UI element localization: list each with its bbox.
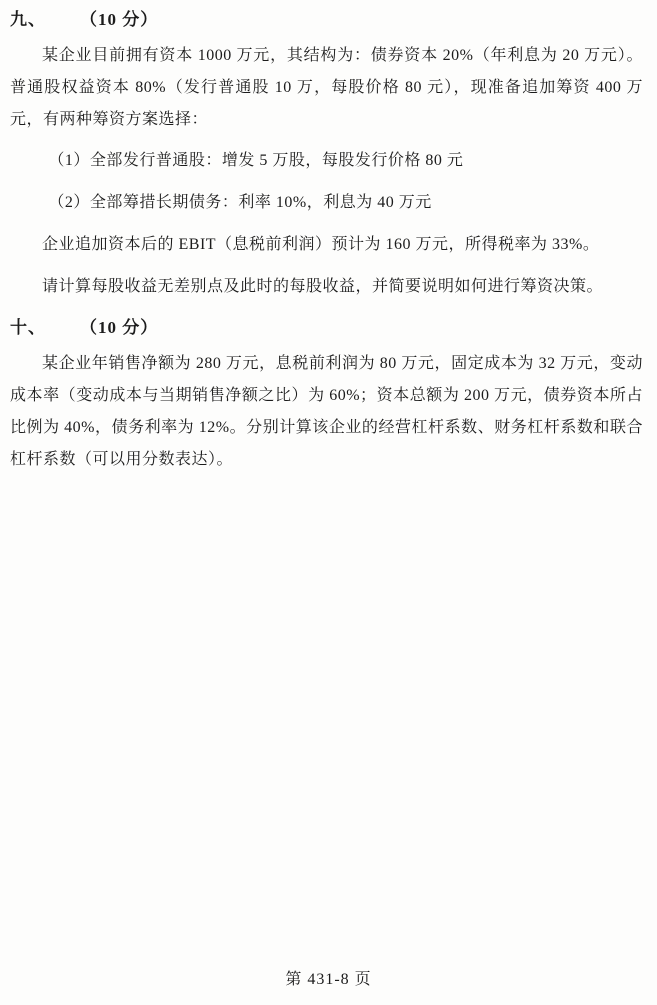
problem-9-question: 请计算每股收益无差别点及此时的每股收益，并简要说明如何进行筹资决策。 bbox=[10, 276, 643, 298]
problem-10-body: 某企业年销售净额为 280 万元，息税前利润为 80 万元，固定成本为 32 万… bbox=[10, 348, 643, 476]
page-number: 第 431-8 页 bbox=[0, 966, 657, 989]
problem-9-score: （10 分） bbox=[80, 10, 158, 29]
problem-9-option-2: （2）全部筹措长期债务：利率 10%，利息为 40 万元 bbox=[48, 192, 643, 214]
problem-9-option-1: （1）全部发行普通股：增发 5 万股，每股发行价格 80 元 bbox=[48, 150, 643, 172]
problem-9-heading: 九、（10 分） bbox=[10, 8, 643, 32]
page-content: 九、（10 分） 某企业目前拥有资本 1000 万元，其结构为：债券资本 20%… bbox=[0, 0, 657, 476]
document-page: 九、（10 分） 某企业目前拥有资本 1000 万元，其结构为：债券资本 20%… bbox=[0, 0, 657, 1005]
problem-10-heading: 十、（10 分） bbox=[10, 316, 643, 340]
problem-10-score: （10 分） bbox=[80, 318, 158, 337]
problem-10: 十、（10 分） 某企业年销售净额为 280 万元，息税前利润为 80 万元，固… bbox=[10, 316, 643, 476]
problem-9-intro: 某企业目前拥有资本 1000 万元，其结构为：债券资本 20%（年利息为 20 … bbox=[10, 40, 643, 136]
problem-9-condition: 企业追加资本后的 EBIT（息税前利润）预计为 160 万元，所得税率为 33%… bbox=[10, 234, 643, 256]
problem-10-number: 十、 bbox=[10, 316, 46, 340]
problem-9-number: 九、 bbox=[10, 8, 46, 32]
problem-9: 九、（10 分） 某企业目前拥有资本 1000 万元，其结构为：债券资本 20%… bbox=[10, 8, 643, 298]
